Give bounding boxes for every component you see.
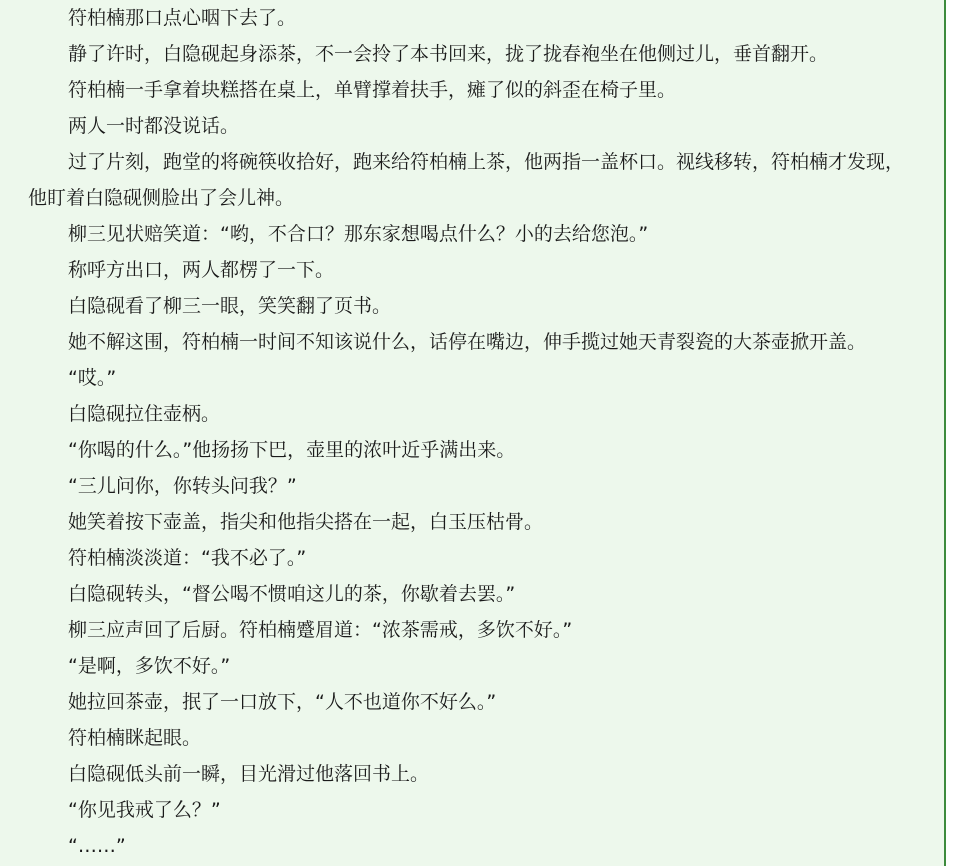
reader-panel: 符柏楠那口点心咽下去了。 静了许时，白隐砚起身添茶，不一会拎了本书回来，拢了拢春… <box>0 0 946 866</box>
paragraph: “是啊，多饮不好。” <box>28 648 918 684</box>
paragraph: 白隐砚看了柳三一眼，笑笑翻了页书。 <box>28 288 918 324</box>
paragraph: “三儿问你，你转头问我？” <box>28 468 918 504</box>
paragraph: “……” <box>28 828 918 864</box>
paragraph: “你见我戒了么？” <box>28 792 918 828</box>
paragraph: 符柏楠那口点心咽下去了。 <box>28 0 918 36</box>
paragraph: 静了许时，白隐砚起身添茶，不一会拎了本书回来，拢了拢春袍坐在他侧过儿，垂首翻开。 <box>28 36 918 72</box>
paragraph: 过了片刻，跑堂的将碗筷收拾好，跑来给符柏楠上茶，他两指一盖杯口。视线移转，符柏楠… <box>28 144 918 216</box>
paragraph: 她不解这围，符柏楠一时间不知该说什么，话停在嘴边，伸手揽过她天青裂瓷的大茶壶掀开… <box>28 324 918 360</box>
paragraph: “你喝的什么。”他扬扬下巴，壶里的浓叶近乎满出来。 <box>28 432 918 468</box>
paragraph: 柳三见状赔笑道：“哟，不合口？那东家想喝点什么？小的去给您泡。” <box>28 216 918 252</box>
paragraph: 白隐砚低头前一瞬，目光滑过他落回书上。 <box>28 756 918 792</box>
paragraph: 称呼方出口，两人都楞了一下。 <box>28 252 918 288</box>
paragraph: 符柏楠一手拿着块糕搭在桌上，单臂撑着扶手，瘫了似的斜歪在椅子里。 <box>28 72 918 108</box>
paragraph: “哎。” <box>28 360 918 396</box>
paragraph: 柳三应声回了后厨。符柏楠蹙眉道：“浓茶需戒，多饮不好。” <box>28 612 918 648</box>
paragraph: 白隐砚转头，“督公喝不惯咱这儿的茶，你歇着去罢。” <box>28 576 918 612</box>
paragraph: 白隐砚拉住壶柄。 <box>28 396 918 432</box>
paragraph: 她笑着按下壶盖，指尖和他指尖搭在一起，白玉压枯骨。 <box>28 504 918 540</box>
paragraph: 符柏楠淡淡道：“我不必了。” <box>28 540 918 576</box>
paragraph: 符柏楠眯起眼。 <box>28 720 918 756</box>
paragraph: 两人一时都没说话。 <box>28 108 918 144</box>
paragraph: 她拉回茶壶，抿了一口放下，“人不也道你不好么。” <box>28 684 918 720</box>
chapter-text: 符柏楠那口点心咽下去了。 静了许时，白隐砚起身添茶，不一会拎了本书回来，拢了拢春… <box>0 0 918 864</box>
